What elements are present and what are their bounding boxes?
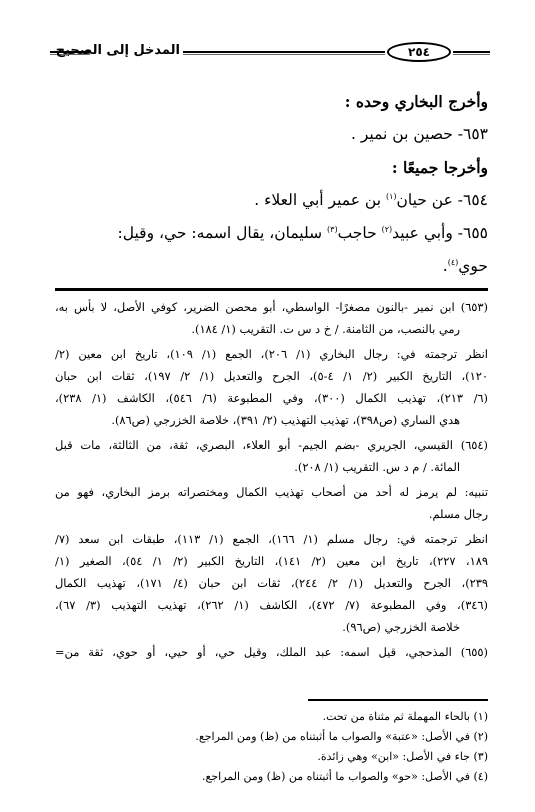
note-654-caution: تنبيه: لم يرمز له أحد من أصحاب تهذيب الك… bbox=[55, 481, 488, 525]
section-heading-bukhari-alone: وأخرج البخاري وحده : bbox=[55, 85, 488, 118]
note-line: ١٢٠)، التاريخ الكبير (٢/ ١/ ٤-٥)، الجرح … bbox=[55, 365, 488, 387]
footnote-3: (٣) جاء في الأصل: «ابن» وهي زائدة. bbox=[150, 747, 488, 767]
section-heading-both: وأخرجا جميعًا : bbox=[55, 151, 488, 184]
note-line: رجال مسلم. bbox=[55, 503, 488, 525]
header-rule-middle bbox=[183, 51, 385, 55]
entry-655-continued: حوي(٤). bbox=[55, 250, 488, 283]
note-line: (٦٥٥) المذحجي، قيل اسمه: عبد الملك، وقيل… bbox=[55, 641, 488, 663]
note-line: انظر ترجمته في: رجال البخاري (١/ ٢٠٦)، ا… bbox=[55, 343, 488, 365]
note-655: (٦٥٥) المذحجي، قيل اسمه: عبد الملك، وقيل… bbox=[55, 641, 488, 663]
note-654: (٦٥٤) القيسي، الجريري -بضم الجيم- أبو ال… bbox=[55, 434, 488, 478]
note-line: هدي الساري (ص٣٩٨)، تهذيب التهذيب (٢/ ٣٩١… bbox=[55, 409, 488, 431]
note-line: (٣٤٦)، وفي المطبوعة (٧/ ٤٧٢)، الكاشف (١/… bbox=[55, 594, 488, 616]
entry-654-text-a: ٦٥٤- عن حيان bbox=[397, 191, 489, 209]
note-line: رمي بالنصب، من الثامنة. / خ د س ت. التقر… bbox=[55, 318, 488, 340]
note-line: ١٨٩، ٢٢٧)، تاريخ ابن معين (٢/ ١٤١)، التا… bbox=[55, 550, 488, 572]
note-653: (٦٥٣) ابن نمير -بالنون مصغرًا- الواسطي، … bbox=[55, 296, 488, 340]
note-line: تنبيه: لم يرمز له أحد من أصحاب تهذيب الك… bbox=[55, 481, 488, 503]
entry-655-text-d: حوي bbox=[458, 257, 488, 275]
book-page: المدخل إلى الصحيح ٢٥٤ وأخرج البخاري وحده… bbox=[0, 0, 535, 812]
footnote-ref-2[interactable]: (٢) bbox=[382, 225, 393, 234]
commentary-separator bbox=[55, 288, 488, 291]
footnote-ref-4[interactable]: (٤) bbox=[448, 258, 459, 267]
page-number-oval: ٢٥٤ bbox=[387, 42, 451, 62]
note-line: انظر ترجمته في: رجال مسلم (١/ ١٦٦)، الجم… bbox=[55, 528, 488, 550]
page-header: المدخل إلى الصحيح ٢٥٤ bbox=[50, 40, 490, 64]
entry-654: ٦٥٤- عن حيان(١) بن عمير أبي العلاء . bbox=[55, 184, 488, 217]
note-line: (٦٥٣) ابن نمير -بالنون مصغرًا- الواسطي، … bbox=[55, 296, 488, 318]
note-line: (٦/ ٢١٣)، تهذيب الكمال (٣٠٠)، وفي المطبو… bbox=[55, 387, 488, 409]
entry-655-text-c: سليمان، يقال اسمه: حي، وقيل: bbox=[118, 224, 327, 242]
note-line: خلاصة الخزرجي (ص٩٦). bbox=[55, 616, 488, 638]
footnote-ref-3[interactable]: (٣) bbox=[327, 225, 338, 234]
footnote-4: (٤) في الأصل: «حو» والصواب ما أثبتناه من… bbox=[150, 767, 488, 787]
note-654-references: انظر ترجمته في: رجال مسلم (١/ ١٦٦)، الجم… bbox=[55, 528, 488, 638]
commentary-notes: (٦٥٣) ابن نمير -بالنون مصغرًا- الواسطي، … bbox=[55, 296, 488, 666]
entry-655-text-a: ٦٥٥- وأبي عبيد bbox=[392, 224, 488, 242]
main-text: وأخرج البخاري وحده : ٦٥٣- حصين بن نمير .… bbox=[55, 85, 488, 283]
entry-653: ٦٥٣- حصين بن نمير . bbox=[55, 118, 488, 151]
entry-655: ٦٥٥- وأبي عبيد(٢) حاجب(٣) سليمان، يقال ا… bbox=[55, 217, 488, 250]
entry-655-text-b: حاجب bbox=[338, 224, 382, 242]
footnote-1: (١) بالحاء المهملة ثم مثناة من تحت. bbox=[150, 707, 488, 727]
note-653-references: انظر ترجمته في: رجال البخاري (١/ ٢٠٦)، ا… bbox=[55, 343, 488, 431]
footnotes: (١) بالحاء المهملة ثم مثناة من تحت. (٢) … bbox=[150, 707, 488, 787]
footnote-2: (٢) في الأصل: «عتبة» والصواب ما أثبتناه … bbox=[150, 727, 488, 747]
footnote-ref-1[interactable]: (١) bbox=[386, 192, 397, 201]
note-line: ٢٣٩)، الجرح والتعديل (١/ ٢/ ٢٤٤)، ثقات ا… bbox=[55, 572, 488, 594]
note-line: المائة. / م د س. التقريب (١/ ٢٠٨). bbox=[55, 456, 488, 478]
entry-654-text-b: بن عمير أبي العلاء . bbox=[254, 191, 386, 209]
footnote-separator bbox=[308, 699, 488, 701]
header-rule-right bbox=[453, 51, 490, 55]
note-line: (٦٥٤) القيسي، الجريري -بضم الجيم- أبو ال… bbox=[55, 434, 488, 456]
running-title: المدخل إلى الصحيح bbox=[96, 42, 180, 60]
